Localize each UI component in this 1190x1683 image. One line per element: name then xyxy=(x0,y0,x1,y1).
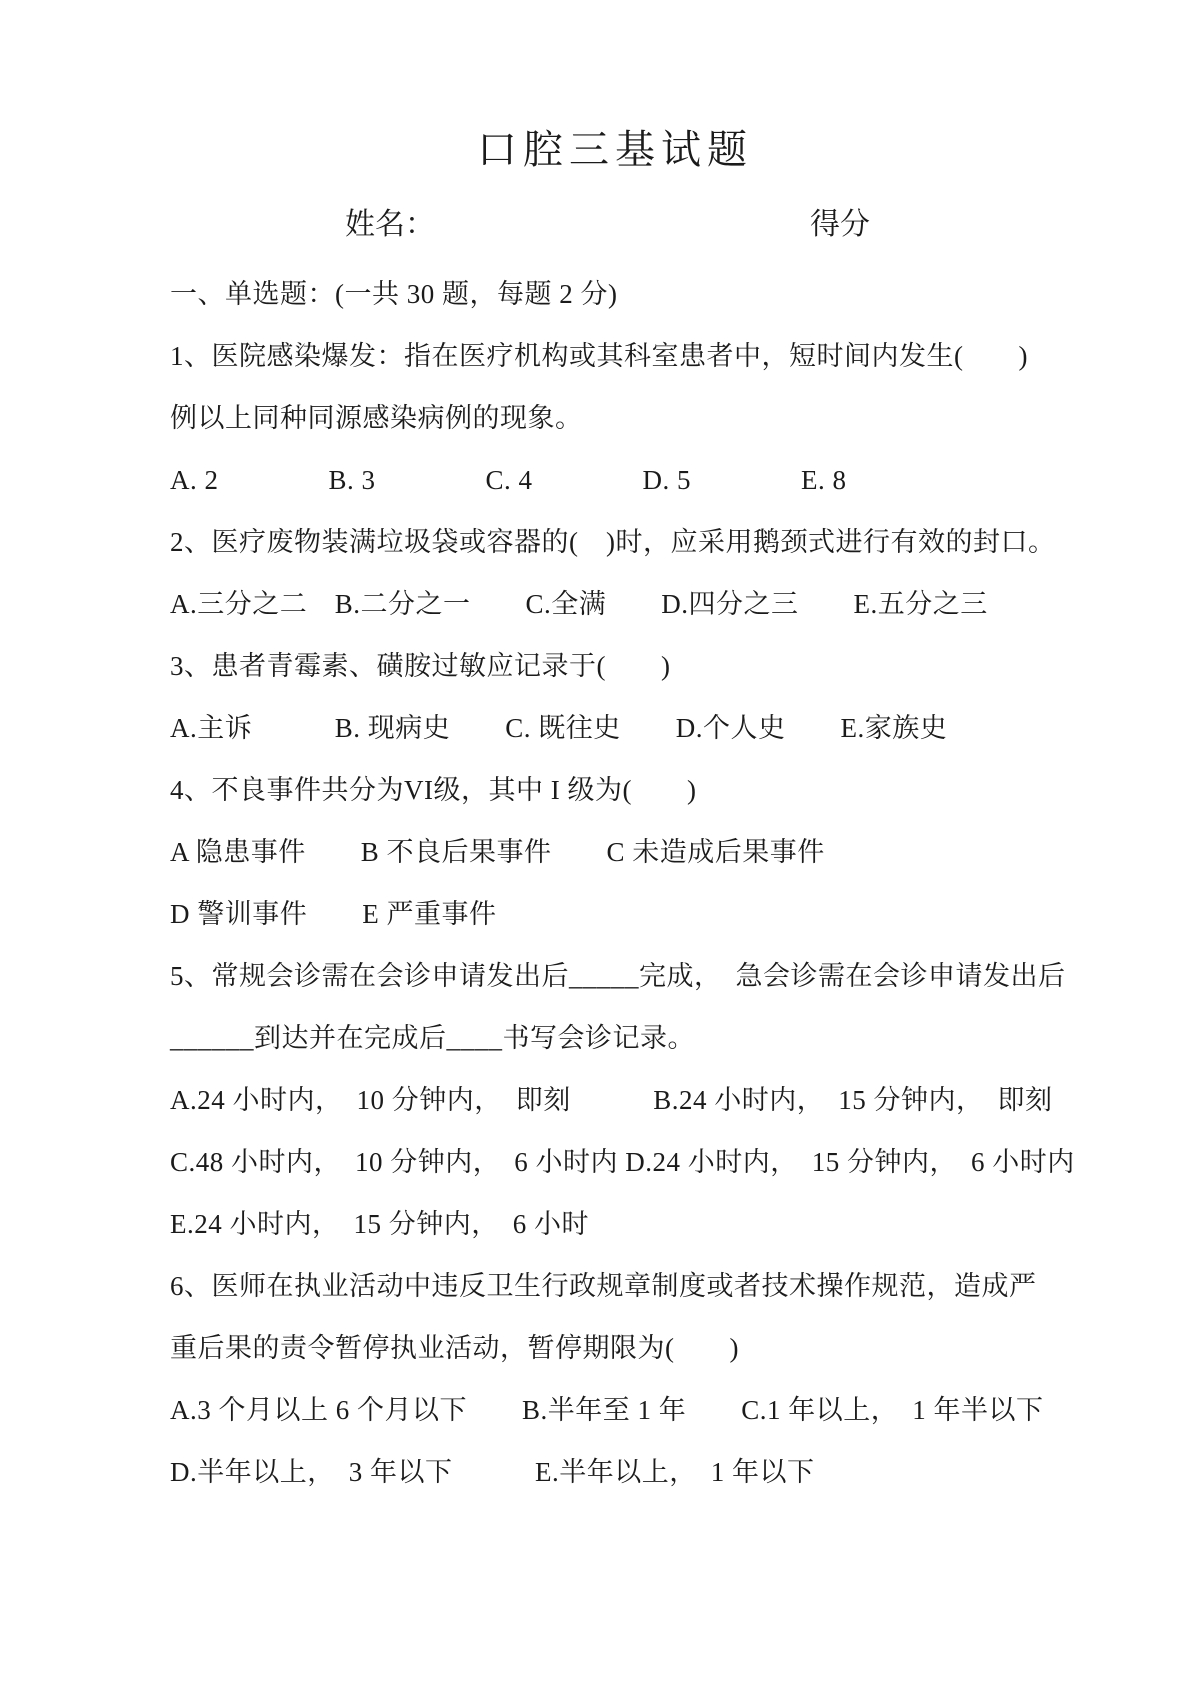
question-5-stem-line: 5、常规会诊需在会诊申请发出后_____完成， 急会诊需在会诊申请发出后 xyxy=(170,942,1060,1004)
section-heading: 一、单选题：(一共 30 题，每题 2 分) xyxy=(170,260,1060,322)
document-body: 口腔三基试题 姓名： 得分 一、单选题：(一共 30 题，每题 2 分) 1、医… xyxy=(0,0,1190,1500)
question-6-options-line: D.半年以上， 3 年以下 E.半年以上， 1 年以下 xyxy=(170,1438,1060,1500)
question-6-stem-line: 6、医师在执业活动中违反卫生行政规章制度或者技术操作规范，造成严 xyxy=(170,1252,1060,1314)
exam-paper-page: 口腔三基试题 姓名： 得分 一、单选题：(一共 30 题，每题 2 分) 1、医… xyxy=(0,0,1190,1683)
question-4-stem-line: 4、不良事件共分为VI级，其中 I 级为( ) xyxy=(170,756,1060,818)
question-6-stem-line: 重后果的责令暂停执业活动，暂停期限为( ) xyxy=(170,1314,1060,1376)
question-1-stem-line: 1、医院感染爆发：指在医疗机构或其科室患者中，短时间内发生( ) xyxy=(170,322,1060,384)
header-fields-row: 姓名： 得分 xyxy=(170,190,1060,252)
question-2-stem-line: 2、医疗废物装满垃圾袋或容器的( )时，应采用鹅颈式进行有效的封口。 xyxy=(170,508,1060,570)
question-3-options-line: A.主诉 B. 现病史 C. 既往史 D.个人史 E.家族史 xyxy=(170,694,1060,756)
question-2-options-line: A.三分之二 B.二分之一 C.全满 D.四分之三 E.五分之三 xyxy=(170,570,1060,632)
name-label: 姓名： xyxy=(345,199,435,243)
question-5-options-line: C.48 小时内， 10 分钟内， 6 小时内 D.24 小时内， 15 分钟内… xyxy=(170,1128,1060,1190)
score-label: 得分 xyxy=(810,199,870,243)
question-4-options-line: D 警训事件 E 严重事件 xyxy=(170,880,1060,942)
question-6-options-line: A.3 个月以上 6 个月以下 B.半年至 1 年 C.1 年以上， 1 年半以… xyxy=(170,1376,1060,1438)
question-5-options-line: E.24 小时内， 15 分钟内， 6 小时 xyxy=(170,1190,1060,1252)
question-1-options-line: A. 2 B. 3 C. 4 D. 5 E. 8 xyxy=(170,446,1060,508)
question-4-options-line: A 隐患事件 B 不良后果事件 C 未造成后果事件 xyxy=(170,818,1060,880)
question-5-stem-line: ______到达并在完成后____书写会诊记录。 xyxy=(170,1004,1060,1066)
question-1-stem-line: 例以上同种同源感染病例的现象。 xyxy=(170,384,1060,446)
page-title: 口腔三基试题 xyxy=(170,128,1060,172)
question-5-options-line: A.24 小时内， 10 分钟内， 即刻 B.24 小时内， 15 分钟内， 即… xyxy=(170,1066,1060,1128)
question-3-stem-line: 3、患者青霉素、磺胺过敏应记录于( ) xyxy=(170,632,1060,694)
question-list: 一、单选题：(一共 30 题，每题 2 分) 1、医院感染爆发：指在医疗机构或其… xyxy=(170,252,1060,1500)
